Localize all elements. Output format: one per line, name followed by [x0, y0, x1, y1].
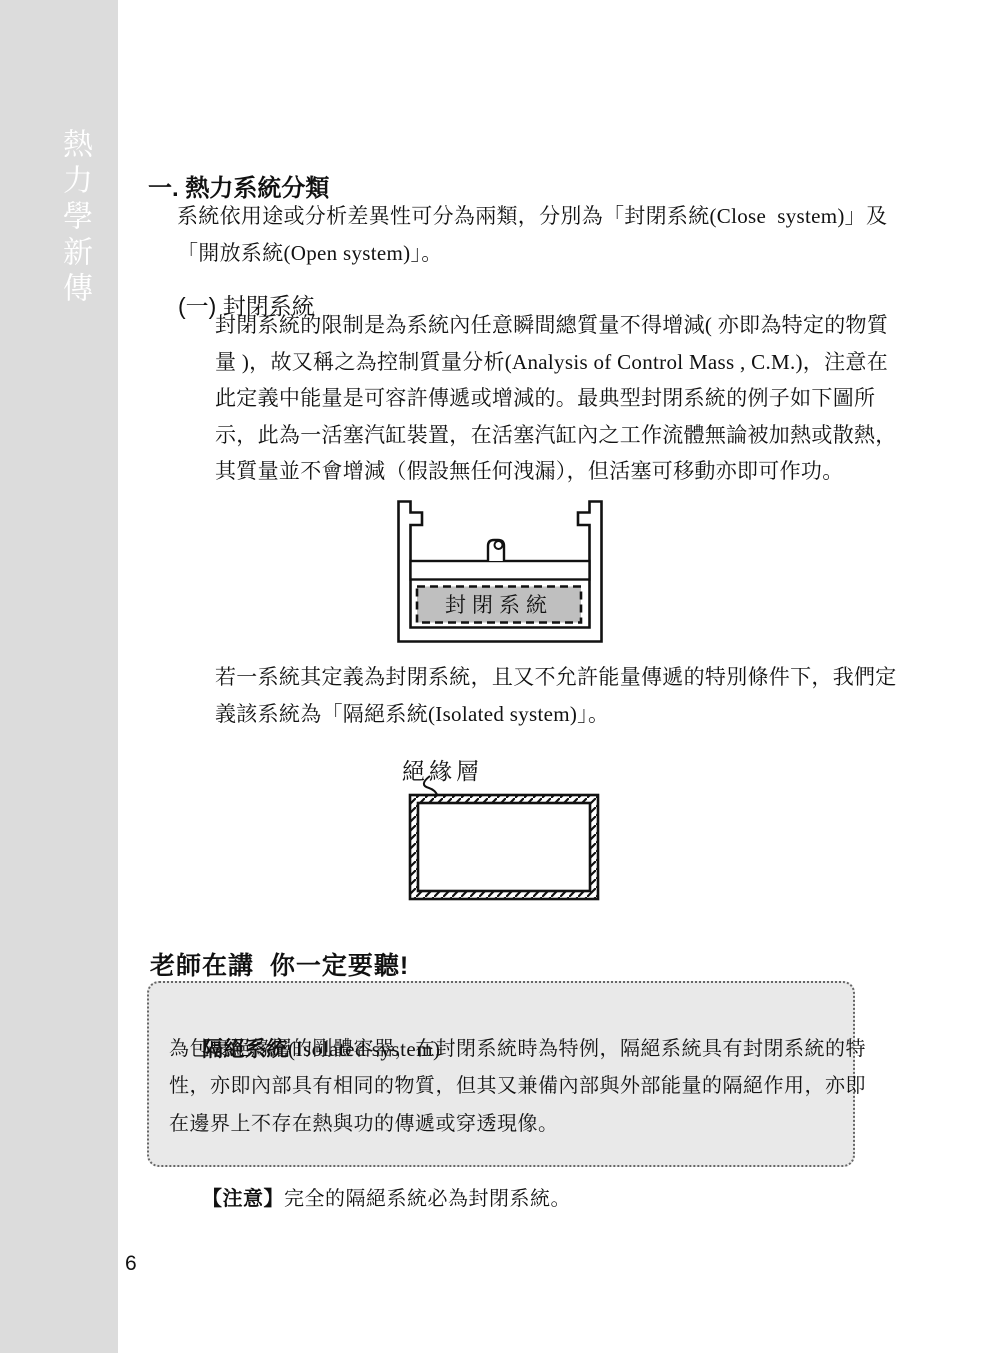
piston-cylinder-diagram: 封閉系統 [397, 500, 603, 643]
paragraph-line: 「開放系統(Open system)」。 [177, 235, 887, 272]
piston [411, 561, 590, 580]
book-title-vertical: 熱力學新傳 [52, 128, 96, 308]
paragraph-line: 系統依用途或分析差異性可分為兩類，分別為「封閉系統(Close system)」… [177, 198, 887, 235]
book-spine-sidebar: 熱力學新傳 [0, 0, 118, 1353]
paragraph-line: 此定義中能量是可容許傳遞或增減的。最典型封閉系統的例子如下圖所 [215, 380, 897, 417]
paragraph-line: 義該系統為「隔絕系統(Isolated system)」。 [215, 696, 897, 733]
box-text-line: 性，亦即內部具有相同的物質，但其又兼備內部與外部能量的隔絕作用，亦即 [169, 1068, 833, 1106]
teacher-callout-box: 隔絕系統(Isolated system) 為包裹絕緣層的剛體容器，在封閉系統時… [147, 981, 855, 1167]
piston-knob-ring [495, 541, 503, 549]
isolated-intro-paragraph: 若一系統其定義為封閉系統，且又不允許能量傳遞的特別條件下，我們定 義該系統為「隔… [215, 659, 897, 732]
box-title-line: 隔絕系統(Isolated system) [169, 993, 833, 1031]
insulation-layer-label: 絕緣層 [402, 753, 483, 786]
closed-system-region-label: 封閉系統 [445, 593, 553, 617]
page-number: 6 [125, 1252, 137, 1276]
paragraph-line: 示，此為一活塞汽缸裝置，在活塞汽缸內之工作流體無論被加熱或散熱， [215, 417, 897, 454]
container-interior [418, 803, 590, 891]
note-text: 完全的隔絕系統必為封閉系統。 [284, 1188, 571, 1210]
paragraph-line: 量 )，故又稱之為控制質量分析(Analysis of Control Mass… [215, 344, 897, 381]
book-page: 熱力學新傳 一. 熱力系統分類 系統依用途或分析差異性可分為兩類，分別為「封閉系… [0, 0, 1000, 1353]
paragraph-line: 若一系統其定義為封閉系統，且又不允許能量傳遞的特別條件下，我們定 [215, 659, 897, 696]
paragraph-line: 其質量並不會增減（假設無任何洩漏），但活塞可移動亦即可作功。 [215, 453, 897, 490]
closed-system-paragraph: 封閉系統的限制是為系統內任意瞬間總質量不得增減( 亦即為特定的物質 量 )，故又… [215, 307, 897, 490]
box-text-line: 在邊界上不存在熱與功的傳遞或穿透現像。 [169, 1106, 833, 1144]
intro-paragraph: 系統依用途或分析差異性可分為兩類，分別為「封閉系統(Close system)」… [177, 198, 887, 271]
box-text-line: 為包裹絕緣層的剛體容器，在封閉系統時為特例，隔絕系統具有封閉系統的特 [169, 1031, 833, 1069]
paragraph-line: 封閉系統的限制是為系統內任意瞬間總質量不得增減( 亦即為特定的物質 [215, 307, 897, 344]
note-label: 【注意】 [202, 1188, 284, 1210]
teacher-callout-heading: 老師在講 你一定要聽! [150, 946, 409, 982]
box-note-line: 【注意】完全的隔絕系統必為封閉系統。 [169, 1143, 833, 1181]
